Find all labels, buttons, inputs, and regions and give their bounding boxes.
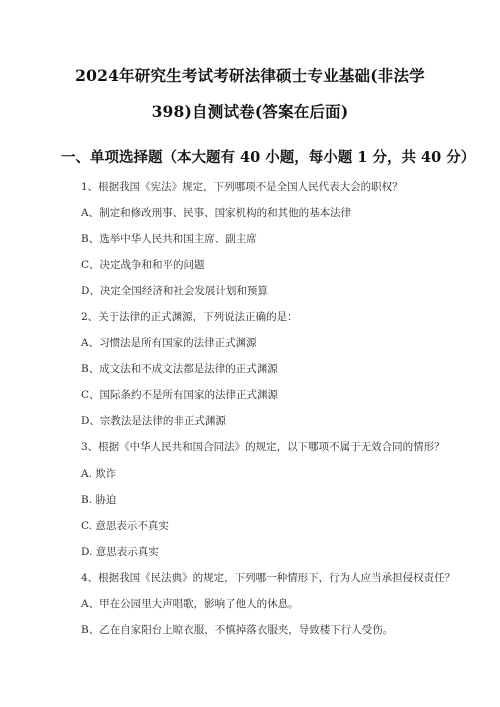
question-3-option-b: B. 胁迫 xyxy=(81,493,116,507)
question-1-option-c: C、决定战争和和平的问题 xyxy=(81,258,205,272)
question-2-option-d: D、宗教法是法律的非正式渊源 xyxy=(81,414,226,428)
question-1-option-b: B、选举中华人民共和国主席、副主席 xyxy=(81,232,257,246)
question-4-option-b: B、乙在自家阳台上晾衣服，不慎掉落衣服夹，导致楼下行人受伤。 xyxy=(81,623,393,637)
question-1-stem: 1、根据我国《宪法》规定，下列哪项不是全国人民代表大会的职权？ xyxy=(81,180,403,194)
question-3-option-d: D. 意思表示真实 xyxy=(81,545,159,559)
section-heading: 一、单项选择题（本大题有 40 小题，每小题 1 分，共 40 分） xyxy=(61,146,475,167)
question-3-option-c: C. 意思表示不真实 xyxy=(81,519,169,533)
document-title-line-2: 398)自测试卷(答案在后面) xyxy=(0,100,500,122)
document-title-line-1: 2024年研究生考试考研法律硕士专业基础(非法学 xyxy=(0,64,500,86)
question-4-stem: 4、根据我国《民法典》的规定，下列哪一种情形下，行为人应当承担侵权责任？ xyxy=(81,571,455,585)
question-2-option-c: C、国际条约不是所有国家的法律正式渊源 xyxy=(81,388,278,402)
question-2-stem: 2、关于法律的正式渊源，下列说法正确的是： xyxy=(81,310,298,324)
question-3-option-a: A. 欺诈 xyxy=(81,467,116,481)
document-page: 2024年研究生考试考研法律硕士专业基础(非法学 398)自测试卷(答案在后面)… xyxy=(0,0,500,707)
question-4-option-a: A、甲在公园里大声唱歌，影响了他人的休息。 xyxy=(81,597,299,611)
question-1-option-d: D、决定全国经济和社会发展计划和预算 xyxy=(81,284,268,298)
question-1-option-a: A、制定和修改刑事、民事、国家机构的和其他的基本法律 xyxy=(81,206,351,220)
question-2-option-b: B、成文法和不成文法都是法律的正式渊源 xyxy=(81,362,278,376)
question-3-stem: 3、根据《中华人民共和国合同法》的规定，以下哪项不属于无效合同的情形？ xyxy=(81,440,445,454)
question-2-option-a: A、习惯法是所有国家的法律正式渊源 xyxy=(81,336,257,350)
